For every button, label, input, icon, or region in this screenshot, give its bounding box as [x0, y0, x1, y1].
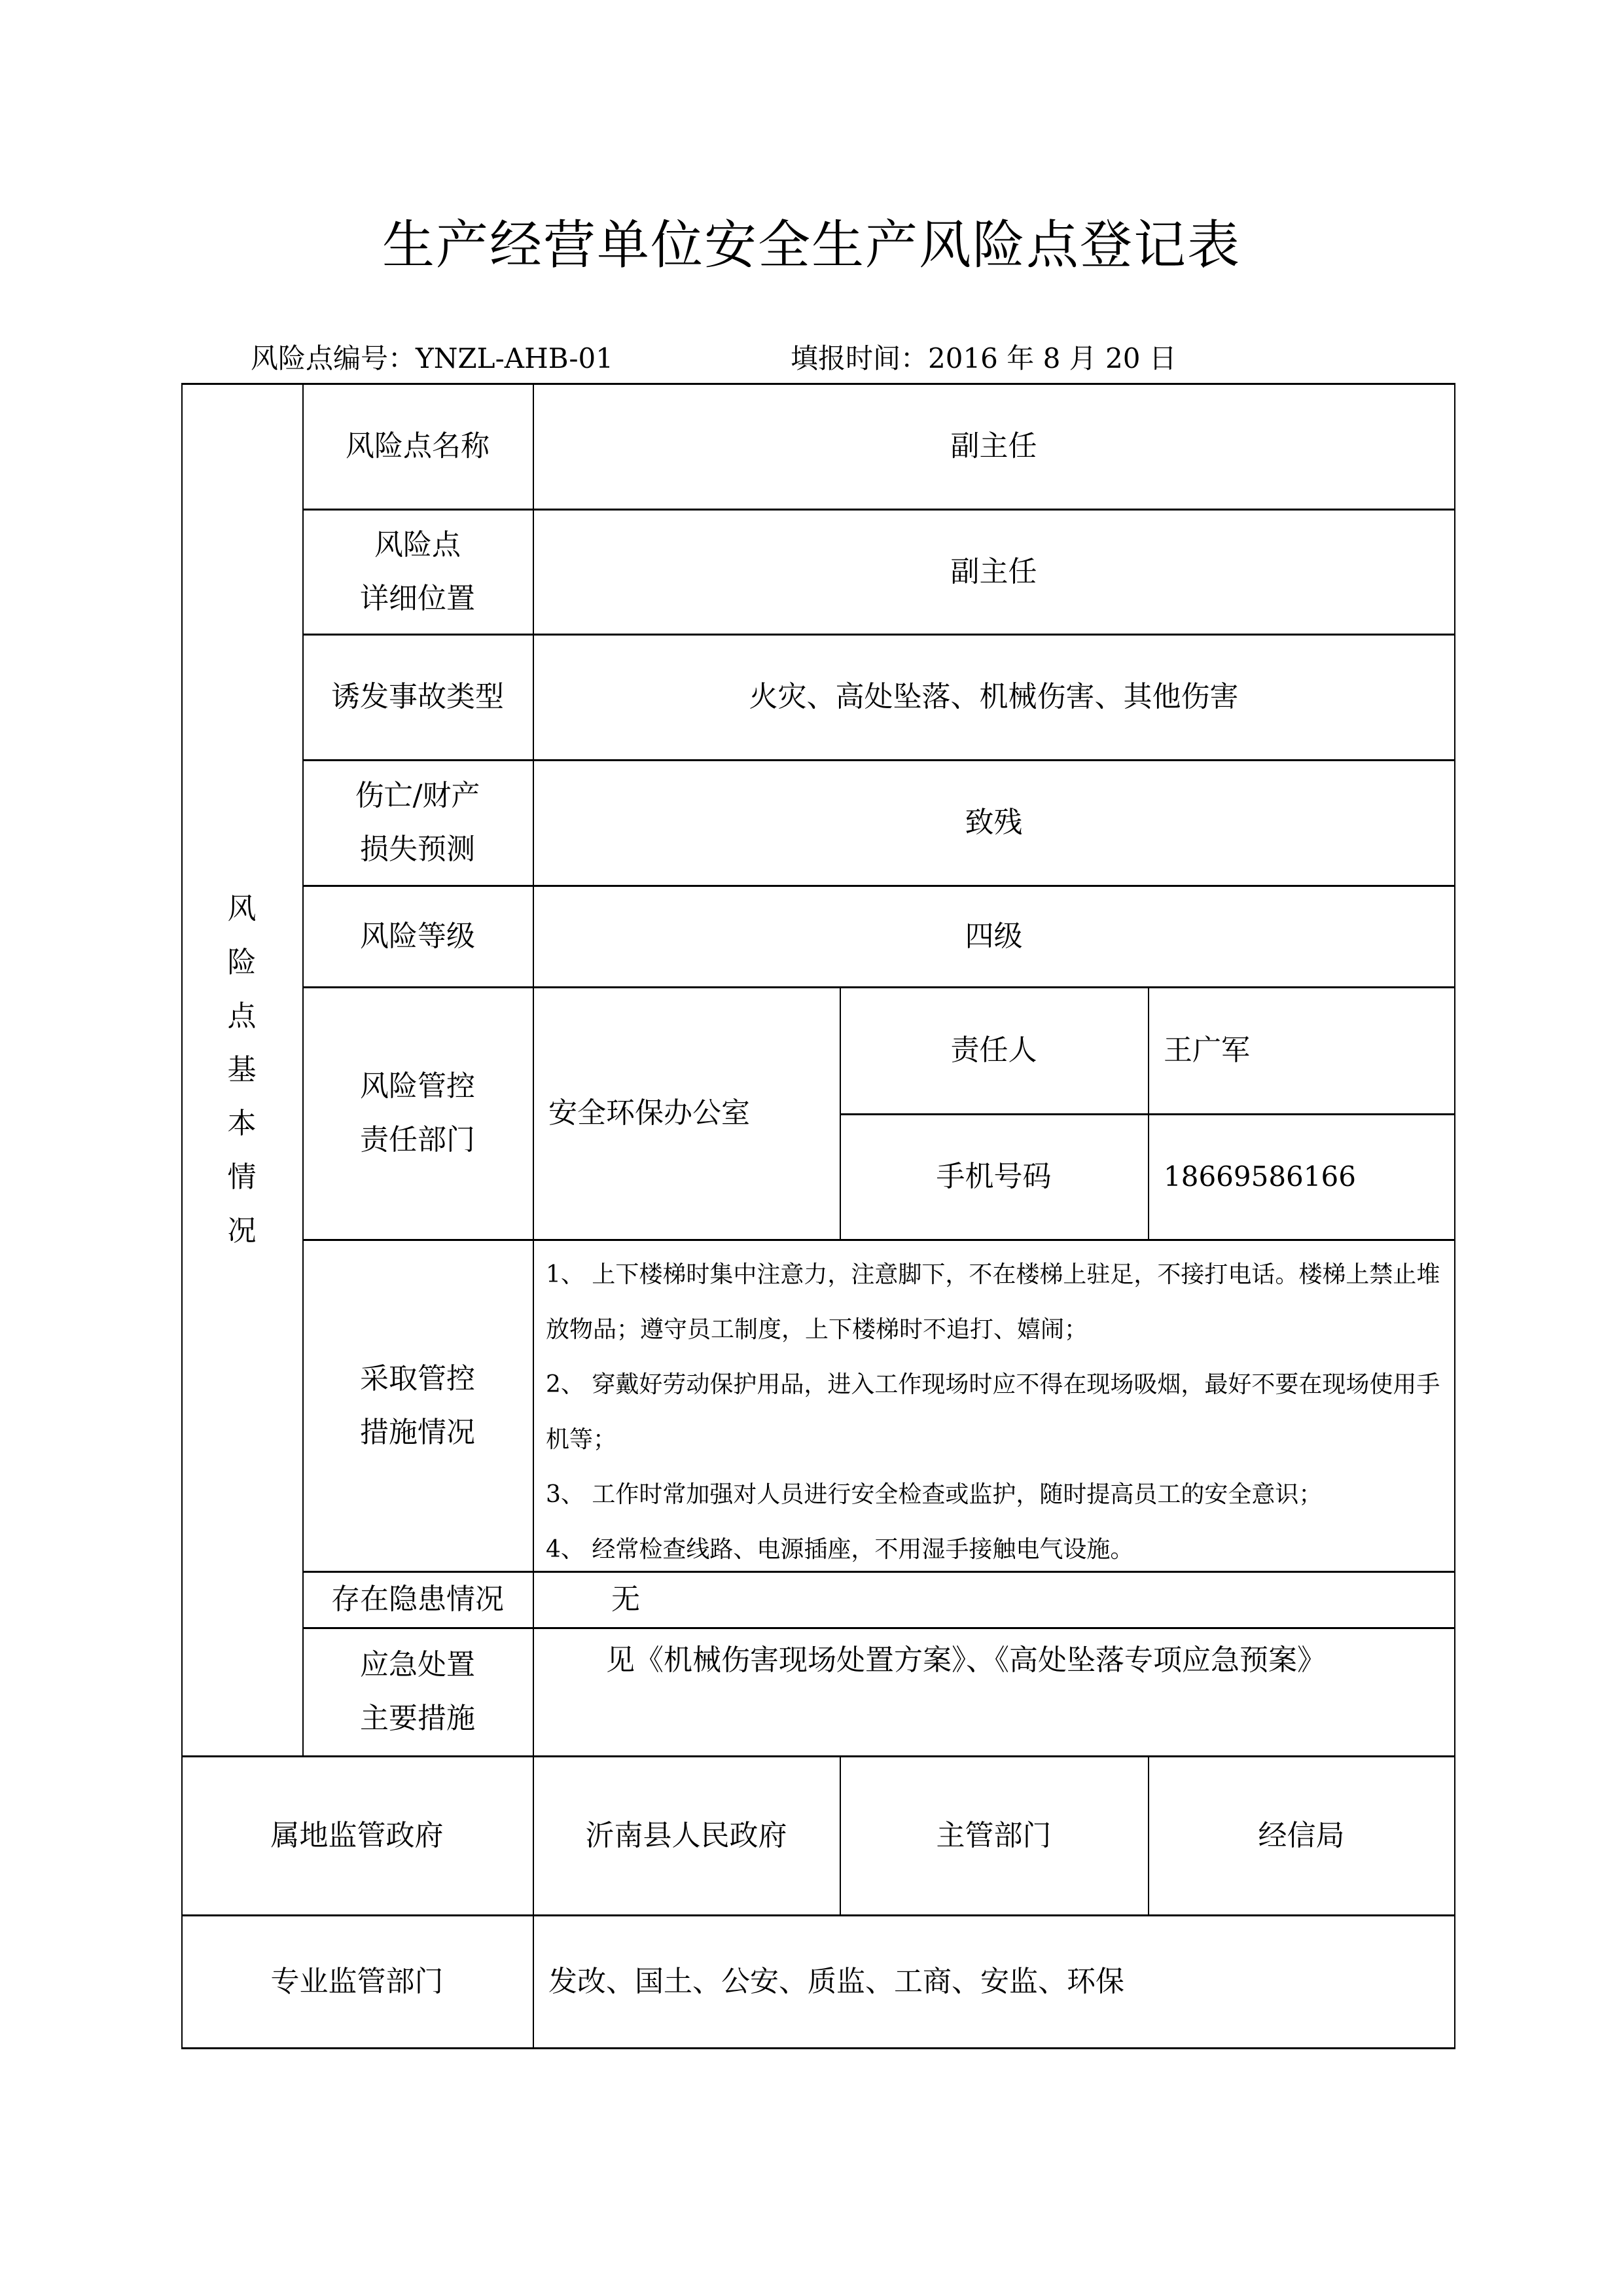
label-line: 措施情况	[360, 1406, 475, 1460]
fill-date-label: 填报时间：	[791, 342, 928, 374]
label-line: 损失预测	[360, 823, 475, 876]
section-char: 风	[228, 882, 257, 936]
authority-value: 经信局	[1148, 1756, 1455, 1915]
section-char: 况	[228, 1204, 257, 1258]
label-line: 主要措施	[360, 1692, 475, 1746]
risk-code-label: 风险点编号：	[251, 342, 416, 374]
loss-value: 致残	[533, 760, 1455, 886]
risk-name-label: 风险点名称	[302, 384, 533, 509]
local-gov-value: 沂南县人民政府	[533, 1756, 840, 1915]
section-char: 险	[228, 936, 257, 990]
section-char: 本	[228, 1097, 257, 1151]
loss-label: 伤亡/财产 损失预测	[302, 760, 533, 886]
accident-type-label: 诱发事故类型	[302, 634, 533, 760]
section-char: 情	[228, 1151, 257, 1204]
person-value: 王广军	[1148, 987, 1455, 1114]
label-line: 详细位置	[360, 572, 475, 626]
label-line: 采取管控	[360, 1352, 475, 1406]
risk-name-value: 副主任	[533, 384, 1455, 509]
fill-date-value: 2016 年 8 月 20 日	[928, 342, 1177, 374]
measure-item: 2、 穿戴好劳动保护用品，进入工作现场时应不得在现场吸烟，最好不要在现场使用手机…	[546, 1357, 1442, 1467]
measure-item: 3、 工作时常加强对人员进行安全检查或监护，随时提高员工的安全意识；	[546, 1467, 1442, 1522]
location-value: 副主任	[533, 509, 1455, 634]
dept-value: 安全环保办公室	[533, 987, 840, 1240]
measure-item: 1、 上下楼梯时集中注意力，注意脚下，不在楼梯上驻足，不接打电话。楼梯上禁止堆放…	[546, 1247, 1442, 1357]
label-line: 应急处置	[360, 1638, 475, 1692]
label-line: 风险点	[374, 518, 461, 572]
measures-list: 1、 上下楼梯时集中注意力，注意脚下，不在楼梯上驻足，不接打电话。楼梯上禁止堆放…	[533, 1240, 1455, 1571]
emergency-value: 见《机械伤害现场处置方案》、《高处坠落专项应急预案》	[533, 1628, 1455, 1756]
special-dept-label: 专业监管部门	[181, 1915, 533, 2048]
location-label: 风险点 详细位置	[302, 509, 533, 634]
special-dept-value: 发改、国土、公安、质监、工商、安监、环保	[533, 1915, 1455, 2048]
label-line: 伤亡/财产	[355, 769, 480, 823]
label-line: 责任部门	[360, 1113, 475, 1167]
accident-type-value: 火灾、高处坠落、机械伤害、其他伤害	[533, 634, 1455, 760]
risk-code: 风险点编号：YNZL-AHB-01	[251, 337, 613, 376]
person-label: 责任人	[840, 987, 1148, 1114]
phone-value: 18669586166	[1148, 1114, 1455, 1240]
hazard-label: 存在隐患情况	[302, 1571, 533, 1628]
risk-level-label: 风险等级	[302, 886, 533, 987]
dept-label: 风险管控 责任部门	[302, 987, 533, 1240]
local-gov-label: 属地监管政府	[181, 1756, 533, 1915]
page-title: 生产经营单位安全生产风险点登记表	[0, 203, 1623, 278]
label-line: 风险管控	[360, 1060, 475, 1113]
section-label-basic-info: 风 险 点 基 本 情 况	[181, 384, 302, 1756]
risk-level-value: 四级	[533, 886, 1455, 987]
section-char: 基	[228, 1043, 257, 1097]
fill-date: 填报时间：2016 年 8 月 20 日	[791, 337, 1177, 376]
measures-label: 采取管控 措施情况	[302, 1240, 533, 1571]
phone-label: 手机号码	[840, 1114, 1148, 1240]
measure-item: 4、 经常检查线路、电源插座，不用湿手接触电气设施。	[546, 1522, 1442, 1577]
authority-label: 主管部门	[840, 1756, 1148, 1915]
risk-code-value: YNZL-AHB-01	[416, 342, 613, 374]
hazard-value: 无	[533, 1571, 1455, 1628]
section-char: 点	[228, 990, 257, 1043]
emergency-label: 应急处置 主要措施	[302, 1628, 533, 1756]
